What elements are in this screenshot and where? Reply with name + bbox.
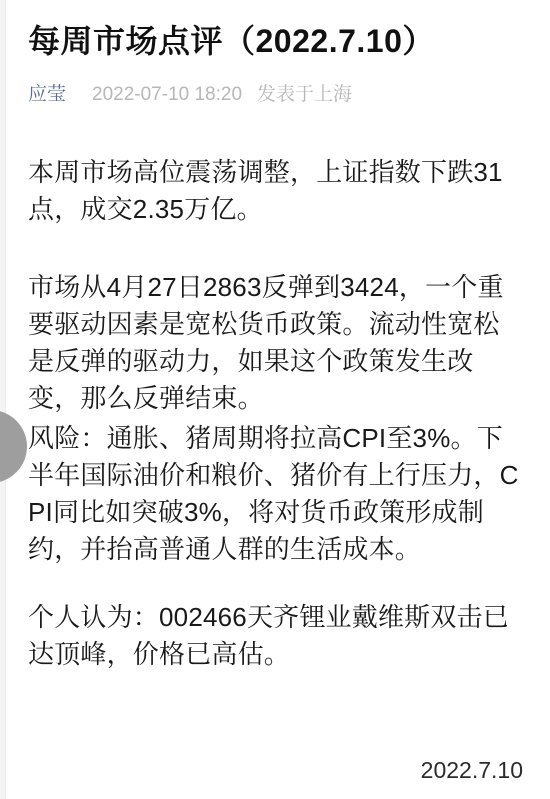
article-paragraph: 风险：通胀、猪周期将拉高CPI至3%。下半年国际油价和粮价、猪价有上行压力，CP… [28, 420, 523, 568]
author-link[interactable]: 应莹 [28, 82, 66, 108]
footer-date: 2022.7.10 [28, 755, 523, 785]
publish-location: 发表于上海 [257, 82, 352, 108]
article-paragraph: 本周市场高位震荡调整，上证指数下跌31点，成交2.35万亿。 [28, 154, 523, 228]
article-content: 每周市场点评（2022.7.10） 应莹 2022-07-10 18:20 发表… [0, 0, 550, 785]
article-paragraph: 个人认为：002466天齐锂业戴维斯双击已达顶峰，价格已高估。 [28, 599, 523, 673]
article-paragraph: 市场从4月27日2863反弹到3424，一个重要驱动因素是宽松货币政策。流动性宽… [28, 269, 523, 417]
article-page: 每周市场点评（2022.7.10） 应莹 2022-07-10 18:20 发表… [0, 0, 550, 799]
byline: 应莹 2022-07-10 18:20 发表于上海 [28, 82, 523, 108]
article-body: 本周市场高位震荡调整，上证指数下跌31点，成交2.35万亿。 市场从4月27日2… [28, 154, 523, 673]
publish-timestamp: 2022-07-10 18:20 [92, 82, 242, 108]
article-title: 每周市场点评（2022.7.10） [28, 0, 523, 62]
